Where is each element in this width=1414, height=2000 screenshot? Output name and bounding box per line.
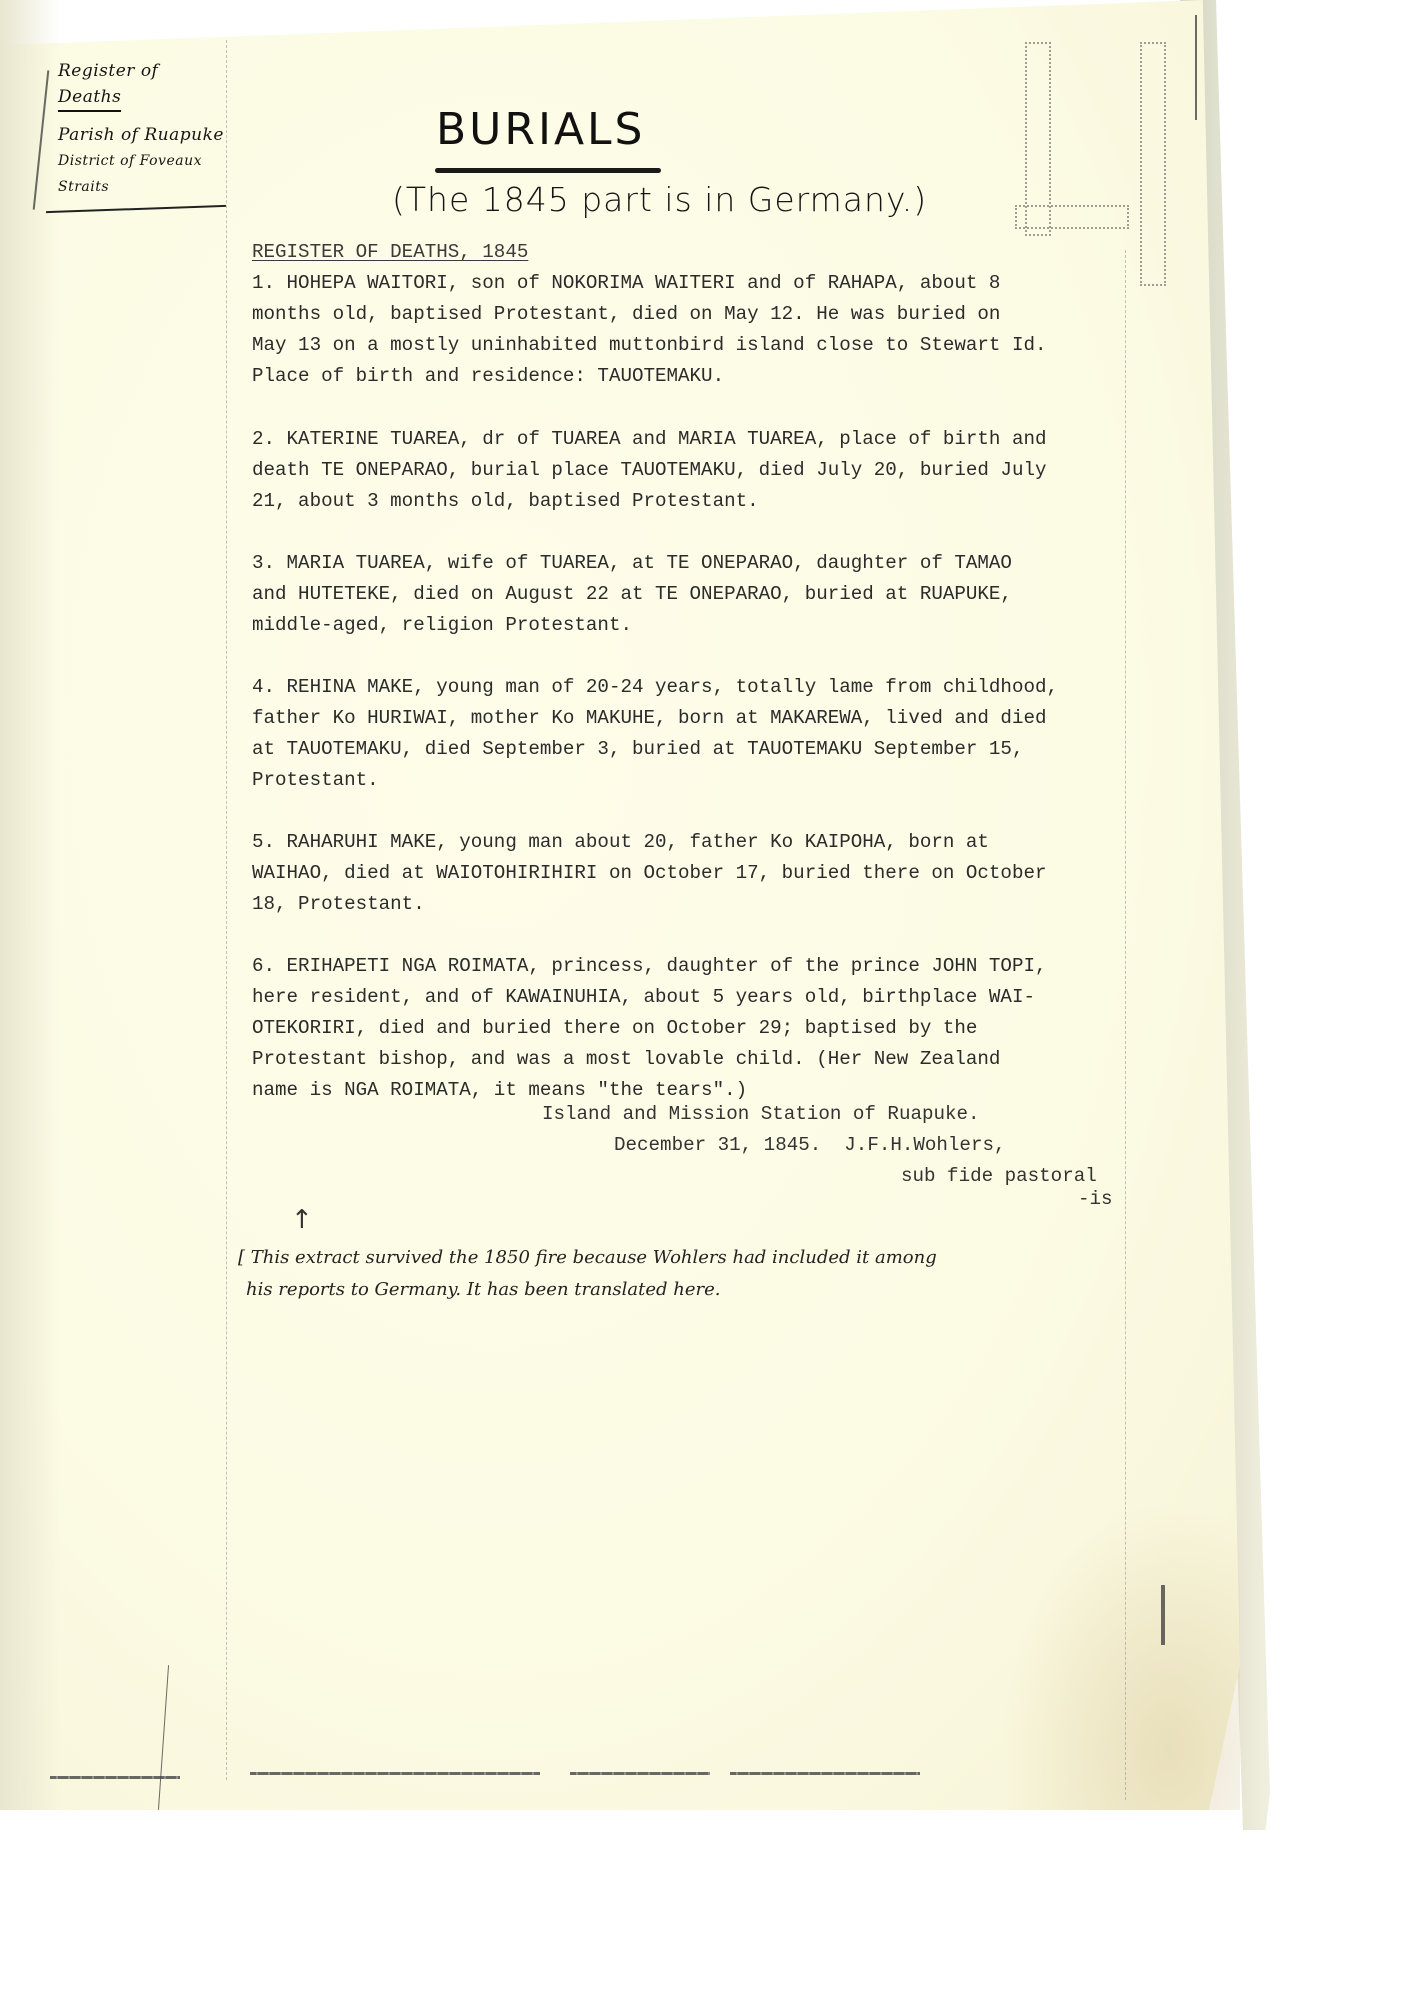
entry-line: father Ko HURIWAI, mother Ko MAKUHE, bor… [252,703,1132,734]
bottom-rule-4 [730,1772,920,1775]
margin-note-line: Register of [58,58,238,84]
bottom-rule-2 [250,1772,540,1775]
stamp-mark-bottom [1015,205,1129,229]
age-stain [1000,1500,1240,1810]
entry-line: here resident, and of KAWAINUHIA, about … [252,982,1132,1013]
entry-line: and HUTETEKE, died on August 22 at TE ON… [252,579,1132,610]
register-entry: 4. REHINA MAKE, young man of 20-24 years… [252,672,1132,796]
margin-guide-left [226,40,228,1780]
entry-line: May 13 on a mostly uninhabited muttonbir… [252,330,1132,361]
entry-line: 1. HOHEPA WAITORI, son of NOKORIMA WAITE… [252,268,1132,299]
register-entry: 6. ERIHAPETI NGA ROIMATA, princess, daug… [252,951,1132,1106]
entry-line: 5. RAHARUHI MAKE, young man about 20, fa… [252,827,1132,858]
frame-rule-right-bottom [1161,1585,1165,1645]
register-entry: 3. MARIA TUAREA, wife of TUAREA, at TE O… [252,548,1132,641]
page-subtitle: (The 1845 part is in Germany.) [392,180,927,219]
entry-line: Place of birth and residence: TAUOTEMAKU… [252,361,1132,392]
sheet-shadow [0,0,60,1810]
margin-note-line: District of Foveaux Straits [58,148,238,200]
entry-line: middle-aged, religion Protestant. [252,610,1132,641]
entry-line: 2. KATERINE TUAREA, dr of TUAREA and MAR… [252,424,1132,455]
stamp-mark-right [1140,42,1166,286]
footnote-line: [ This extract survived the 1850 fire be… [238,1242,1098,1274]
register-entry: 1. HOHEPA WAITORI, son of NOKORIMA WAITE… [252,268,1132,392]
entry-line: WAIHAO, died at WAIOTOHIRIHIRI on Octobe… [252,858,1132,889]
register-entry: 5. RAHARUHI MAKE, young man about 20, fa… [252,827,1132,920]
register-entry: 2. KATERINE TUAREA, dr of TUAREA and MAR… [252,424,1132,517]
entry-line: 6. ERIHAPETI NGA ROIMATA, princess, daug… [252,951,1132,982]
entry-line: months old, baptised Protestant, died on… [252,299,1132,330]
frame-rule-right-top [1195,15,1197,120]
signoff-date-signature: December 31, 1845. J.F.H.Wohlers, [614,1130,1006,1161]
arrow-up-icon: ↑ [291,1205,313,1235]
entry-line: 4. REHINA MAKE, young man of 20-24 years… [252,672,1132,703]
entry-line: at TAUOTEMAKU, died September 3, buried … [252,734,1132,765]
entry-line: OTEKORIRI, died and buried there on Octo… [252,1013,1132,1044]
entry-line: death TE ONEPARAO, burial place TAUOTEMA… [252,455,1132,486]
signoff-title: sub fide pastoral [901,1161,1097,1192]
margin-note-line: Parish of Ruapuke [58,122,238,148]
bottom-rule-3 [570,1772,710,1775]
signoff-place: Island and Mission Station of Ruapuke. [542,1099,980,1130]
bottom-rule-1 [50,1776,180,1779]
footnote-line: his reports to Germany. It has been tran… [238,1274,1098,1306]
entry-line: 21, about 3 months old, baptised Protest… [252,486,1132,517]
register-heading: REGISTER OF DEATHS, 1845 [252,237,1132,268]
margin-note-line: Deaths [58,84,121,112]
footnote: [ This extract survived the 1850 fire be… [238,1242,1098,1306]
margin-note: Register of Deaths Parish of Ruapuke Dis… [58,58,238,200]
page-title: BURIALS [436,104,645,155]
signoff-title-cont: -is [1078,1184,1113,1215]
entry-line: Protestant bishop, and was a most lovabl… [252,1044,1132,1075]
entry-line: Protestant. [252,765,1132,796]
title-underline [435,168,661,173]
entry-line: 3. MARIA TUAREA, wife of TUAREA, at TE O… [252,548,1132,579]
entry-line: 18, Protestant. [252,889,1132,920]
